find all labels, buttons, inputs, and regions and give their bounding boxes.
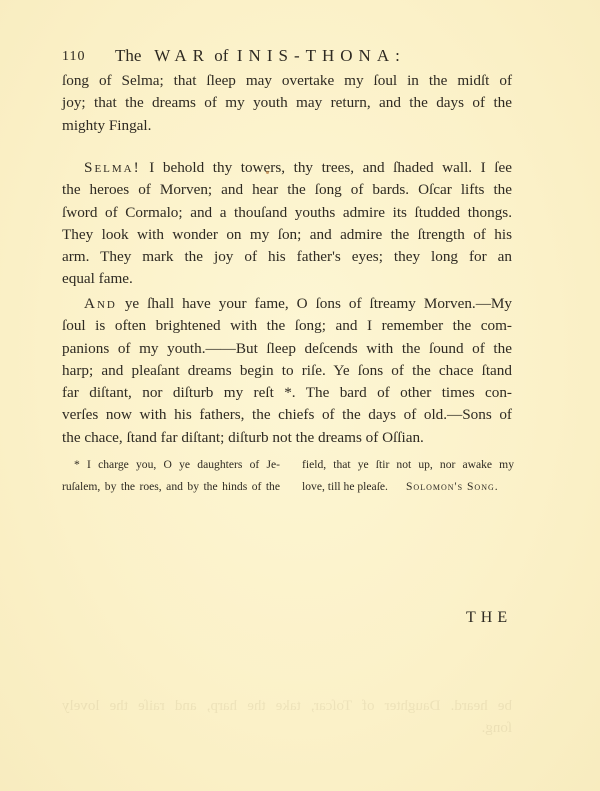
text-line: And ye ſhall have your fame, O ſons of ſ… (62, 293, 512, 315)
catchword: THE (466, 609, 512, 627)
text-line: arm. They mark the joy of his father's e… (62, 246, 512, 268)
footnote-column-left: * I charge you, O ye daughters of Je- ru… (62, 454, 280, 498)
text-line: joy; that the dreams of my youth may ret… (62, 92, 512, 114)
footnote-line: love, till he pleaſe.Solomon's Song. (302, 476, 514, 498)
footnote-attribution: Solomon's Song. (406, 480, 499, 493)
lead-smallcaps: And (84, 295, 117, 312)
bleed-line: ſong. (62, 717, 512, 739)
text-line-rest: ye ſhall have your fame, O ſons of ſtrea… (117, 295, 512, 312)
page-number: 110 (62, 49, 85, 65)
text-line: verſes now with his fathers, the chiefs … (62, 404, 512, 426)
running-title-war: WAR (154, 46, 210, 65)
text-line-rest: I behold thy towers, thy trees, and ſhad… (141, 159, 512, 176)
text-line: the heroes of Morven; and hear the ſong … (62, 179, 512, 201)
text-line: the chace, ſtand far diſtant; diſturb no… (62, 427, 512, 449)
text-line: ſoul is often brightened with the ſong; … (62, 315, 512, 337)
text-line: ſword of Cormalo; and a thouſand youths … (62, 202, 512, 224)
footnote-column-right: field, that ye ſtir not up, nor awake my… (302, 454, 514, 498)
running-title-prefix: The (115, 46, 141, 65)
text-line: equal fame. (62, 268, 512, 290)
text-line: far diſtant, nor diſturb my reſt *. The … (62, 382, 512, 404)
foxing-spot (266, 171, 269, 174)
running-title-of: of (214, 46, 228, 65)
footnote-line: * I charge you, O ye daughters of Je- (62, 454, 280, 476)
text-line: ſong of Selma; that ſleep may overtake m… (62, 70, 512, 92)
paragraph-1: ſong of Selma; that ſleep may overtake m… (62, 70, 512, 137)
book-page: be heard. Daughter of Toſcar, take the h… (0, 0, 600, 791)
text-line: mighty Fingal. (62, 115, 512, 137)
bleed-line: be heard. Daughter of Toſcar, take the h… (62, 695, 512, 717)
text-line: panions of my youth.——But ſleep deſcends… (62, 338, 512, 360)
bleed-through-text: be heard. Daughter of Toſcar, take the h… (62, 695, 512, 739)
footnote: * I charge you, O ye daughters of Je- ru… (62, 454, 514, 498)
footnote-line: field, that ye ſtir not up, nor awake my (302, 454, 514, 476)
footnote-line-text: love, till he pleaſe. (302, 480, 388, 493)
footnote-line: ruſalem, by the roes, and by the hinds o… (62, 476, 280, 498)
running-title-inis-thona: INIS-THONA: (237, 46, 406, 65)
paragraph-2: Selma! I behold thy towers, thy trees, a… (62, 157, 512, 291)
text-line: harp; and pleaſant dreams begin to riſe.… (62, 360, 512, 382)
text-line: Selma! I behold thy towers, thy trees, a… (62, 157, 512, 179)
lead-smallcaps: Selma! (84, 159, 141, 176)
running-head: 110 The WAR of INIS-THONA: (62, 46, 522, 70)
paragraph-3: And ye ſhall have your fame, O ſons of ſ… (62, 293, 512, 449)
running-title: The WAR of INIS-THONA: (115, 46, 406, 66)
text-line: They look with wonder on my ſon; and adm… (62, 224, 512, 246)
